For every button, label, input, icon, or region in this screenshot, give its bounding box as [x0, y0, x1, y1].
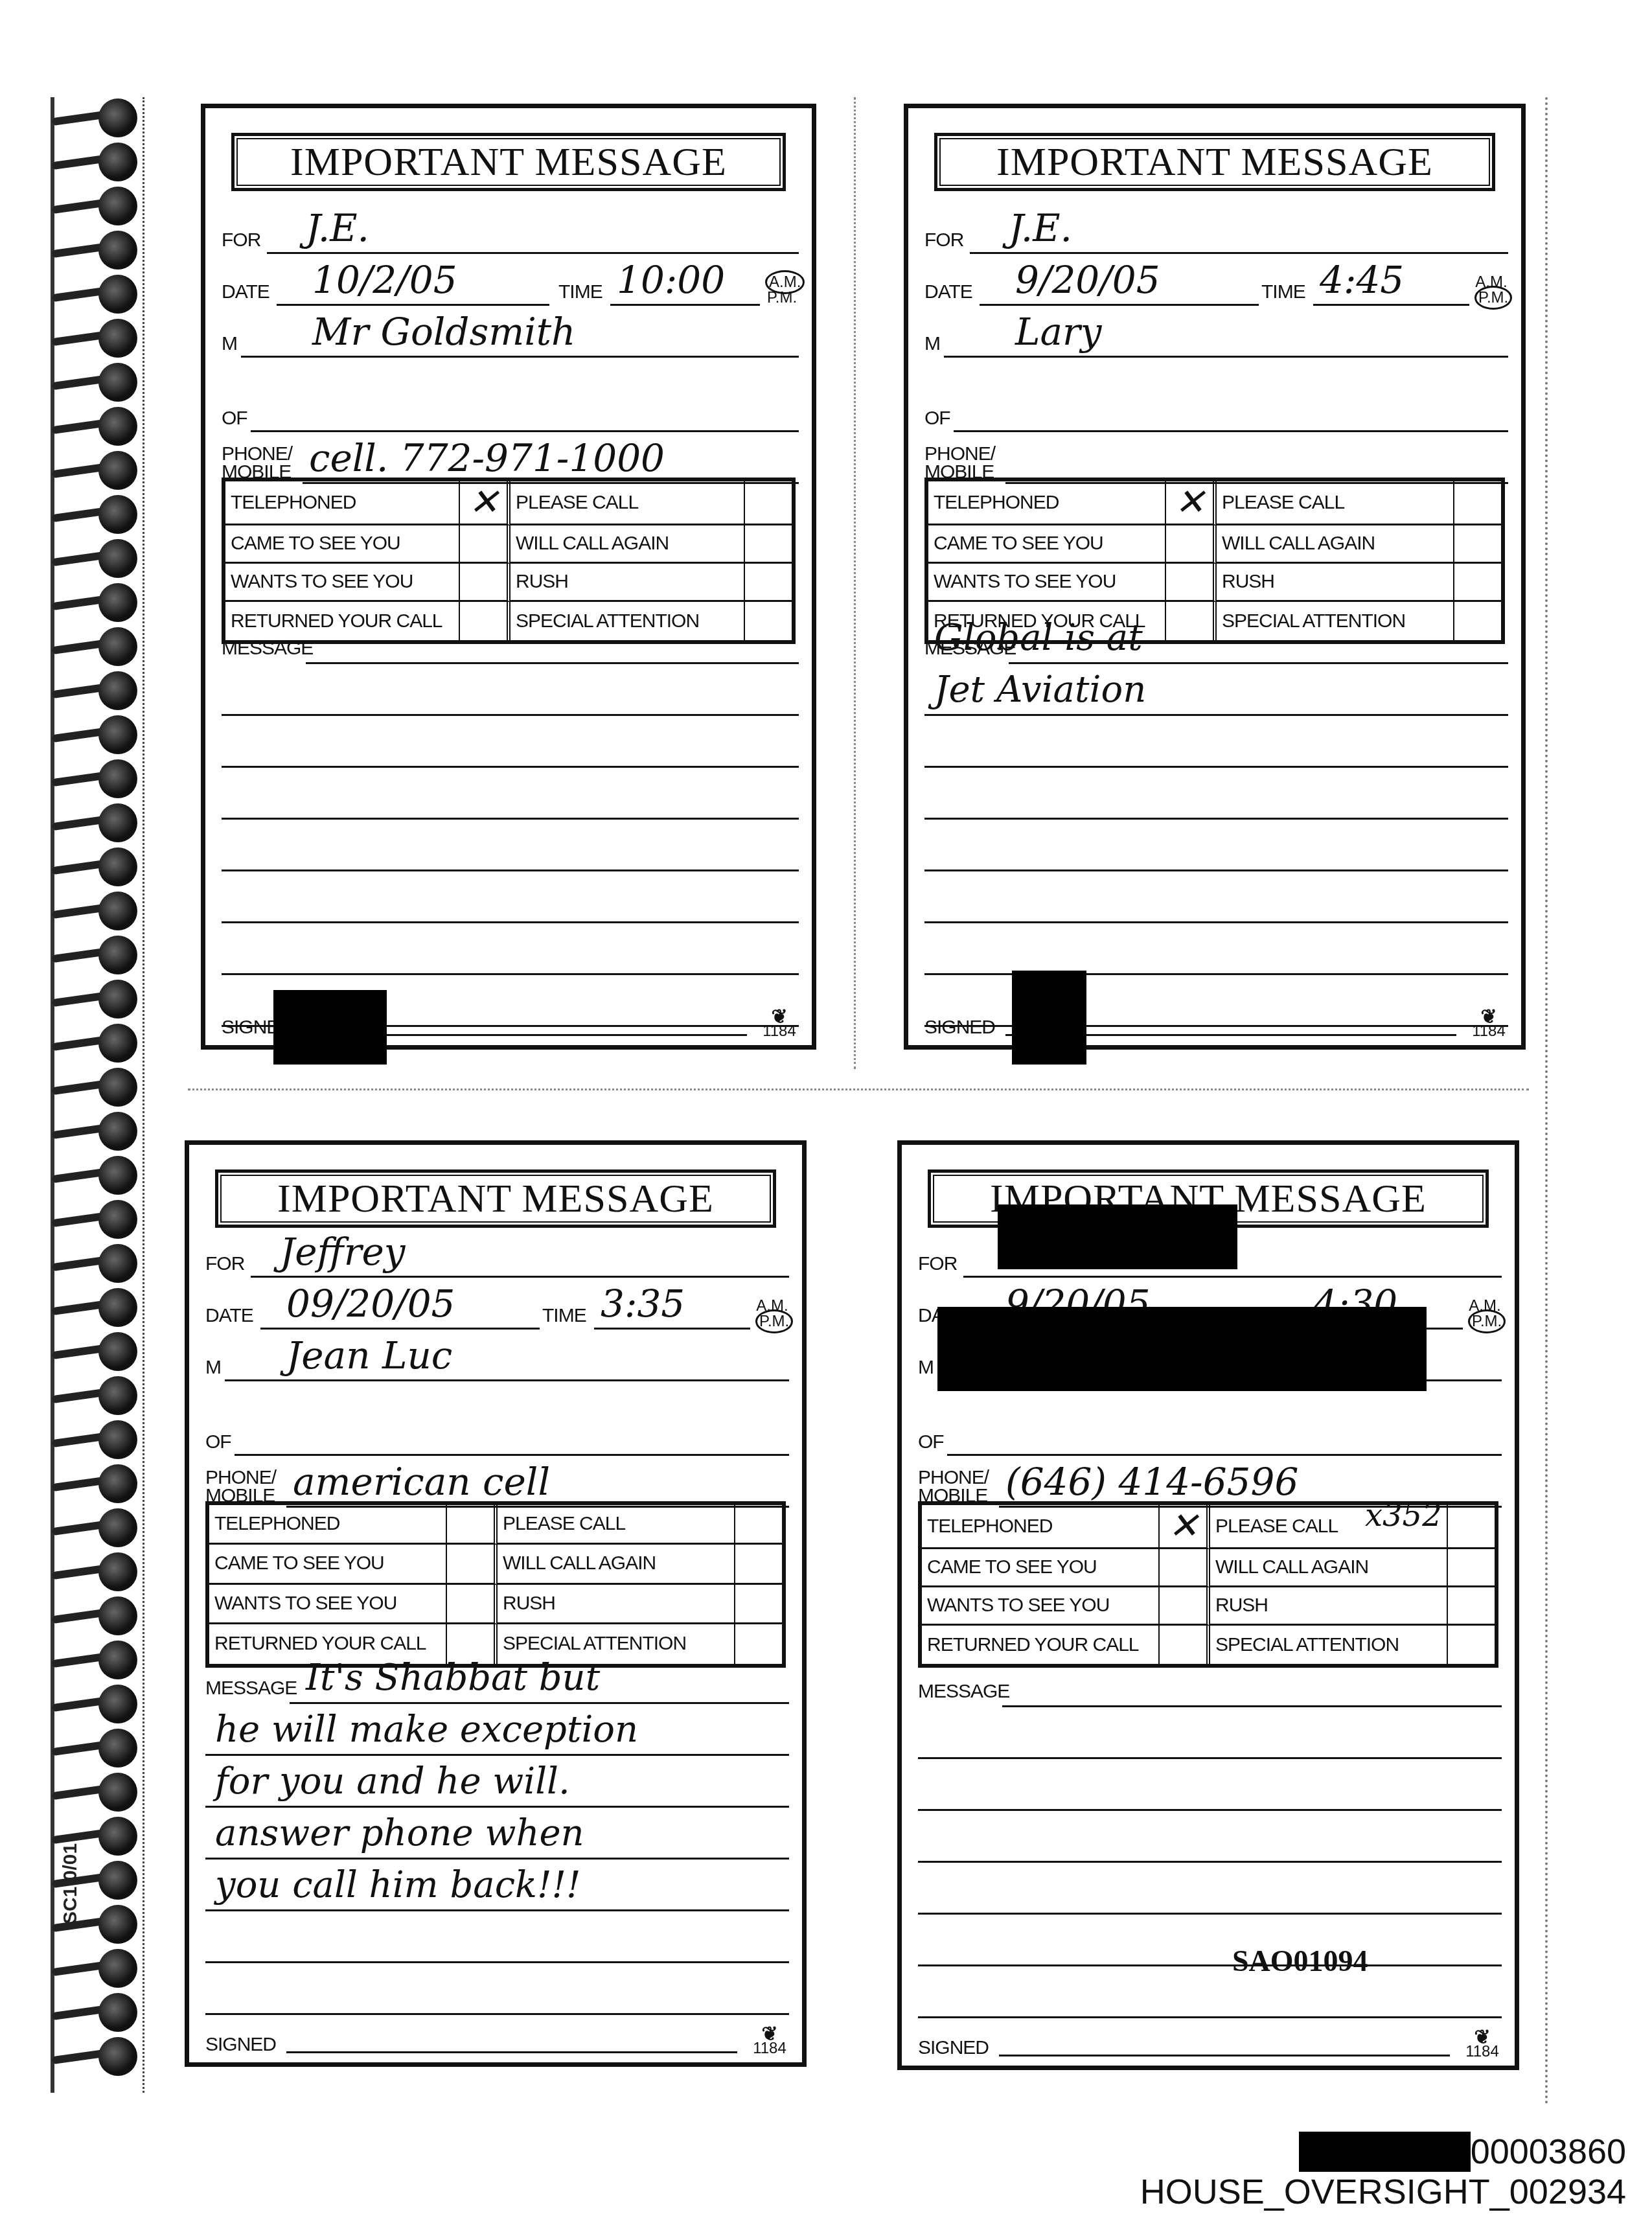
binding-coil: [52, 141, 143, 181]
am-pm-indicator[interactable]: A.M. P.M.: [765, 275, 799, 306]
checkbox-rush[interactable]: [735, 1585, 782, 1624]
caller-value: Jean Luc: [286, 1333, 452, 1377]
option-rush: RUSH: [1217, 564, 1454, 602]
side-binding-text: SC1 0/01: [60, 1843, 82, 1924]
binding-coil: [52, 229, 143, 270]
phone-label: PHONE/MOBILE: [918, 1469, 989, 1505]
checkbox-telephoned[interactable]: ✕: [460, 481, 511, 525]
bates-number: 00003860: [1471, 2132, 1626, 2171]
binding-coil: [52, 1287, 143, 1327]
option-please-call: PLEASE CALL: [511, 481, 745, 525]
of-label: OF: [205, 1431, 231, 1453]
binding-coil: [52, 1155, 143, 1195]
pm-option: P.M.: [755, 1309, 793, 1333]
am-pm-indicator[interactable]: A.M. P.M.: [1468, 1298, 1502, 1330]
for-value: Jeffrey: [280, 1230, 405, 1274]
date-value[interactable]: 10/2/05: [312, 258, 457, 302]
message-label: MESSAGE: [205, 1677, 297, 1699]
option-came-to-see-you: CAME TO SEE YOU: [225, 525, 460, 564]
binding-coil: [52, 758, 143, 798]
time-value[interactable]: 4:45: [1320, 258, 1404, 302]
checkbox-will-call-again[interactable]: [1448, 1549, 1495, 1587]
option-returned-your-call: RETURNED YOUR CALL: [225, 602, 460, 640]
m-label: M: [222, 333, 237, 355]
binding-coil: [52, 670, 143, 710]
date-label: DATE: [222, 281, 270, 303]
binding-coil: [52, 1111, 143, 1151]
option-rush: RUSH: [1210, 1587, 1448, 1626]
binding-coil: [52, 802, 143, 842]
checkbox-came-to-see-you[interactable]: [1166, 525, 1217, 564]
time-value[interactable]: 3:35: [601, 1282, 685, 1326]
spiral-binding: [45, 97, 149, 2093]
for-field[interactable]: FOR Jeffrey: [205, 1239, 789, 1278]
signed-label: SIGNED: [918, 2037, 989, 2059]
binding-coil: [52, 1948, 143, 1988]
binding-coil: [52, 273, 143, 314]
date-label: DATE: [924, 281, 972, 303]
caller-redaction: [937, 1307, 1427, 1391]
option-wants-to-see-you: WANTS TO SEE YOU: [928, 564, 1166, 602]
phone-label: PHONE/MOBILE: [205, 1469, 276, 1505]
binding-coil: [52, 1771, 143, 1812]
message-slip-bottom-left: IMPORTANT MESSAGE FOR Jeffrey DATE 09/20…: [185, 1140, 807, 2067]
form-number: ❦1184: [1463, 2031, 1502, 2059]
option-will-call-again: WILL CALL AGAIN: [498, 1545, 735, 1584]
date-time-row: DATE 9/20/05 TIME 4:45 A.M. P.M.: [924, 267, 1508, 306]
house-oversight-id: HOUSE_OVERSIGHT_002934: [1140, 2172, 1626, 2212]
checkbox-special-attention[interactable]: [1448, 1626, 1495, 1664]
check-mark-icon: ✕: [468, 481, 498, 524]
checkbox-grid: TELEPHONEDPLEASE CALLCAME TO SEE YOUWILL…: [205, 1501, 786, 1668]
option-telephoned: TELEPHONED: [225, 481, 460, 525]
of-field[interactable]: OF: [918, 1417, 1502, 1456]
vertical-perforation: [854, 97, 856, 1069]
of-field[interactable]: OF: [222, 393, 799, 432]
for-field[interactable]: FOR J.E.: [924, 215, 1508, 254]
binding-coil: [52, 846, 143, 886]
checkbox-rush[interactable]: [1454, 564, 1501, 602]
phone-label: PHONE/MOBILE: [222, 445, 292, 481]
of-field[interactable]: OF: [924, 393, 1508, 432]
message-slip-top-left: IMPORTANT MESSAGE FOR J.E. DATE 10/2/05 …: [201, 104, 816, 1050]
checkbox-wants-to-see-you[interactable]: [1166, 564, 1217, 602]
time-label: TIME: [542, 1305, 586, 1327]
message-text-line: for you and he will.: [215, 1760, 789, 1803]
option-wants-to-see-you: WANTS TO SEE YOU: [922, 1587, 1160, 1626]
binding-coil: [52, 362, 143, 402]
option-returned-your-call: RETURNED YOUR CALL: [922, 1626, 1160, 1664]
option-rush: RUSH: [511, 564, 745, 602]
title-box: IMPORTANT MESSAGE: [231, 133, 786, 191]
of-label: OF: [222, 408, 247, 430]
date-value[interactable]: 9/20/05: [1015, 258, 1160, 302]
option-telephoned: TELEPHONED: [209, 1505, 447, 1545]
option-came-to-see-you: CAME TO SEE YOU: [922, 1549, 1160, 1587]
for-redaction: [998, 1204, 1237, 1269]
redaction-box: [1299, 2132, 1471, 2172]
binding-coil: [52, 185, 143, 225]
checkbox-telephoned[interactable]: ✕: [1166, 481, 1217, 525]
binding-coil: [52, 97, 143, 137]
option-came-to-see-you: CAME TO SEE YOU: [928, 525, 1166, 564]
date-label: DATE: [205, 1305, 253, 1327]
binding-coil: [52, 1727, 143, 1768]
caller-value: Lary: [1015, 310, 1102, 354]
binding-coil: [52, 1639, 143, 1679]
perforated-edge: [143, 97, 146, 2093]
option-please-call: PLEASE CALL: [1217, 481, 1454, 525]
phone-value: cell. 772-971-1000: [309, 436, 665, 480]
of-label: OF: [924, 408, 950, 430]
binding-coil: [52, 1683, 143, 1723]
checkbox-telephoned[interactable]: [447, 1505, 498, 1545]
message-text-line: you call him back!!!: [215, 1864, 789, 1906]
date-value[interactable]: 09/20/05: [286, 1282, 455, 1326]
option-will-call-again: WILL CALL AGAIN: [511, 525, 745, 564]
for-label: FOR: [924, 229, 963, 251]
binding-coil: [52, 1463, 143, 1503]
message-text-line: It's Shabbat but: [306, 1657, 789, 1699]
checkbox-grid: TELEPHONED✕PLEASE CALLCAME TO SEE YOUWIL…: [222, 478, 796, 644]
form-number: ❦1184: [760, 1010, 799, 1039]
for-field[interactable]: FOR J.E.: [222, 215, 799, 254]
for-label: FOR: [205, 1253, 244, 1275]
option-please-call: PLEASE CALL: [498, 1505, 735, 1545]
message-label: MESSAGE: [222, 638, 313, 660]
phone-value: (646) 414-6596: [1005, 1460, 1298, 1504]
checkbox-will-call-again[interactable]: [735, 1545, 782, 1584]
date-time-row: DATE 10/2/05 TIME 10:00 A.M. P.M.: [222, 267, 799, 306]
date-time-row: DATE 09/20/05 TIME 3:35 A.M. P.M.: [205, 1291, 789, 1330]
for-label: FOR: [918, 1253, 957, 1275]
binding-coil: [52, 1507, 143, 1547]
binding-coil: [52, 1243, 143, 1283]
binding-coil: [52, 978, 143, 1019]
title-box: IMPORTANT MESSAGE: [215, 1169, 776, 1228]
for-value: J.E.: [1009, 206, 1072, 250]
option-will-call-again: WILL CALL AGAIN: [1217, 525, 1454, 564]
message-text-line: Jet Aviation: [934, 669, 1508, 711]
binding-coil: [52, 582, 143, 622]
form-title: IMPORTANT MESSAGE: [290, 139, 727, 185]
binding-coil: [52, 1022, 143, 1063]
checkbox-wants-to-see-you[interactable]: [460, 564, 511, 602]
phone-label: PHONE/MOBILE: [924, 445, 995, 481]
option-please-call: PLEASE CALL: [1210, 1505, 1448, 1549]
option-rush: RUSH: [498, 1585, 735, 1624]
for-value: J.E.: [306, 206, 369, 250]
pm-option: P.M.: [1468, 1309, 1506, 1333]
pm-option: P.M.: [1474, 286, 1512, 310]
binding-coil: [52, 1551, 143, 1591]
checkbox-please-call[interactable]: [1448, 1505, 1495, 1549]
option-wants-to-see-you: WANTS TO SEE YOU: [225, 564, 460, 602]
time-label: TIME: [558, 281, 602, 303]
signature-redaction: [1012, 971, 1086, 1065]
m-label: M: [918, 1357, 934, 1379]
message-slip-top-right: IMPORTANT MESSAGE FOR J.E. DATE 9/20/05 …: [904, 104, 1526, 1050]
binding-coil: [52, 317, 143, 358]
signed-field[interactable]: SIGNED ❦1184: [205, 2023, 789, 2056]
time-label: TIME: [1261, 281, 1305, 303]
binding-coil: [52, 494, 143, 534]
checkbox-returned-your-call[interactable]: [460, 602, 511, 640]
am-pm-indicator[interactable]: A.M. P.M.: [755, 1298, 789, 1330]
checkbox-please-call[interactable]: [1454, 481, 1501, 525]
title-box: IMPORTANT MESSAGE: [934, 133, 1495, 191]
am-pm-indicator[interactable]: A.M. P.M.: [1474, 275, 1508, 306]
option-will-call-again: WILL CALL AGAIN: [1210, 1549, 1448, 1587]
option-special-attention: SPECIAL ATTENTION: [1210, 1626, 1448, 1664]
message-label: MESSAGE: [918, 1681, 1009, 1703]
check-mark-icon: ✕: [1175, 481, 1204, 524]
message-slip-bottom-right: IMPORTANT MESSAGE FOR [REDACTED] DATE 9/…: [897, 1140, 1519, 2070]
binding-coil: [52, 1375, 143, 1415]
horizontal-perforation: [188, 1088, 1529, 1090]
form-number: ❦1184: [1469, 1010, 1508, 1039]
for-label: FOR: [222, 229, 260, 251]
checkbox-telephoned[interactable]: ✕: [1160, 1505, 1210, 1549]
signed-field[interactable]: SIGNED ❦1184: [918, 2027, 1502, 2059]
phone-value: american cell: [293, 1460, 550, 1504]
option-special-attention: SPECIAL ATTENTION: [511, 602, 745, 640]
binding-coil: [52, 1199, 143, 1239]
form-title: IMPORTANT MESSAGE: [996, 139, 1433, 185]
checkbox-will-call-again[interactable]: [745, 525, 792, 564]
caller-field[interactable]: M Mr Goldsmith: [222, 319, 799, 358]
binding-coil: [52, 2036, 143, 2076]
message-text-line: he will make exception: [215, 1709, 789, 1751]
checkbox-please-call[interactable]: [745, 481, 792, 525]
message-text-line: Global is at: [934, 617, 1508, 659]
caller-field[interactable]: M Lary: [924, 319, 1508, 358]
checkbox-grid: TELEPHONED✕PLEASE CALLCAME TO SEE YOUWIL…: [918, 1501, 1498, 1668]
binding-coil: [52, 1992, 143, 2032]
pm-option: P.M.: [767, 289, 797, 306]
caller-field[interactable]: M Jean Luc: [205, 1342, 789, 1381]
checkbox-returned-your-call[interactable]: [1160, 1626, 1210, 1664]
m-label: M: [924, 333, 940, 355]
checkbox-rush[interactable]: [745, 564, 792, 602]
binding-coil: [52, 538, 143, 578]
checkbox-wants-to-see-you[interactable]: [1160, 1587, 1210, 1626]
binding-coil: [52, 714, 143, 754]
right-perforated-edge: [1545, 97, 1567, 2106]
binding-coil: [52, 890, 143, 930]
checkbox-came-to-see-you[interactable]: [1160, 1549, 1210, 1587]
checkbox-came-to-see-you[interactable]: [460, 525, 511, 564]
time-value[interactable]: 10:00: [617, 258, 725, 302]
document-stamp: SAO01094: [1232, 1944, 1368, 1978]
binding-coil: [52, 1066, 143, 1107]
checkbox-special-attention[interactable]: [745, 602, 792, 640]
binding-coil: [52, 450, 143, 490]
form-number: ❦1184: [750, 2027, 789, 2056]
message-text-line: answer phone when: [215, 1812, 789, 1854]
signed-label: SIGNED: [205, 2034, 276, 2056]
checkbox-came-to-see-you[interactable]: [447, 1545, 498, 1584]
bates-footer: 00003860 HOUSE_OVERSIGHT_002934: [1140, 2132, 1626, 2212]
caller-value: Mr Goldsmith: [312, 310, 575, 354]
checkbox-wants-to-see-you[interactable]: [447, 1585, 498, 1624]
binding-coil: [52, 1331, 143, 1371]
signature-redaction: [273, 990, 387, 1065]
of-field[interactable]: OF: [205, 1417, 789, 1456]
option-came-to-see-you: CAME TO SEE YOU: [209, 1545, 447, 1584]
option-telephoned: TELEPHONED: [928, 481, 1166, 525]
binding-coil: [52, 934, 143, 974]
checkbox-please-call[interactable]: [735, 1505, 782, 1545]
binding-coil: [52, 406, 143, 446]
m-label: M: [205, 1357, 221, 1379]
option-wants-to-see-you: WANTS TO SEE YOU: [209, 1585, 447, 1624]
form-title: IMPORTANT MESSAGE: [277, 1176, 714, 1222]
option-telephoned: TELEPHONED: [922, 1505, 1160, 1549]
signed-label: SIGNED: [924, 1017, 995, 1039]
binding-coil: [52, 1595, 143, 1635]
check-mark-icon: ✕: [1168, 1505, 1198, 1547]
binding-coil: [52, 1419, 143, 1459]
binding-coil: [52, 626, 143, 666]
checkbox-rush[interactable]: [1448, 1587, 1495, 1626]
checkbox-will-call-again[interactable]: [1454, 525, 1501, 564]
of-label: OF: [918, 1431, 944, 1453]
